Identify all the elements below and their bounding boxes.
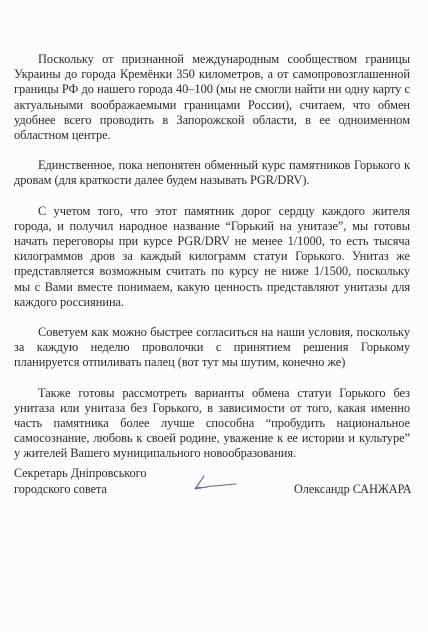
- paragraph-exchange-rate: Единственное, пока непонятен обменный ку…: [14, 158, 410, 188]
- document-page: Поскольку от признанной международным со…: [0, 0, 428, 632]
- handwritten-signature-icon: [190, 474, 242, 494]
- signatory-name: Олександр САНЖАРА: [294, 482, 412, 498]
- signature-block: Секретарь Дніпровського городского совет…: [14, 466, 414, 506]
- signatory-title-line2: городского совета: [14, 482, 146, 498]
- letter-body: Поскольку от признанной международным со…: [14, 52, 410, 477]
- paragraph-urgency: Советуем как можно быстрее согласиться н…: [14, 325, 410, 371]
- paragraph-border-distance: Поскольку от признанной международным со…: [14, 52, 410, 143]
- paragraph-pgr-drv-terms: С учетом того, что этот памятник дорог с…: [14, 204, 410, 310]
- signatory-title-line1: Секретарь Дніпровського: [14, 466, 146, 482]
- signatory-title: Секретарь Дніпровського городского совет…: [14, 466, 146, 497]
- paragraph-alternatives: Также готовы рассмотреть варианты обмена…: [14, 386, 410, 462]
